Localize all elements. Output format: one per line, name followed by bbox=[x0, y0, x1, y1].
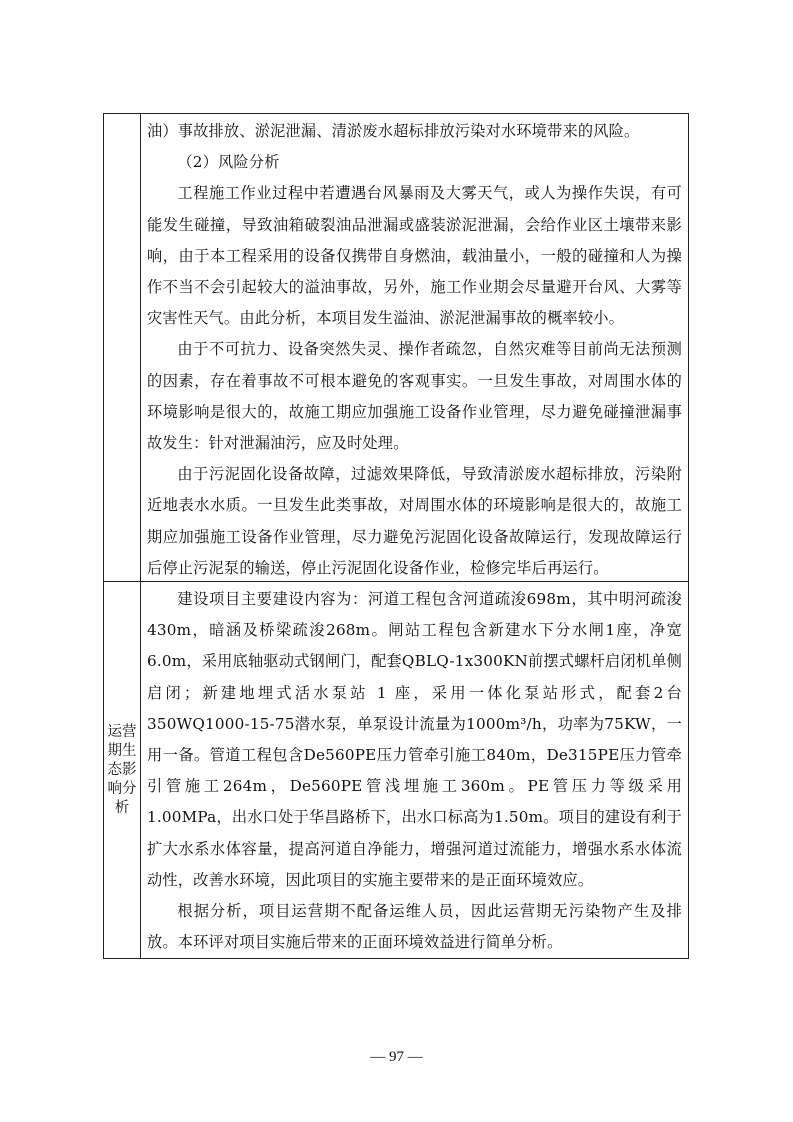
paragraph: 根据分析，项目运营期不配备运维人员，因此运营期无污染物产生及排放。本环评对项目实… bbox=[147, 896, 682, 958]
paragraph: 油）事故排放、淤泥泄漏、清淤废水超标排放污染对水环境带来的风险。 bbox=[147, 116, 682, 147]
row-label bbox=[104, 114, 141, 581]
paragraph: 由于不可抗力、设备突然失灵、操作者疏忽，自然灾难等目前尚无法预测的因素，存在着事… bbox=[147, 334, 682, 459]
row-content: 建设项目主要建设内容为：河道工程包含河道疏浚698m，其中明河疏浚430m，暗涵… bbox=[141, 582, 688, 958]
document-table: 油）事故排放、淤泥泄漏、清淤废水超标排放污染对水环境带来的风险。 （2）风险分析… bbox=[103, 113, 689, 959]
paragraph: 建设项目主要建设内容为：河道工程包含河道疏浚698m，其中明河疏浚430m，暗涵… bbox=[147, 584, 682, 896]
table-row-construction-risk: 油）事故排放、淤泥泄漏、清淤废水超标排放污染对水环境带来的风险。 （2）风险分析… bbox=[104, 114, 688, 581]
paragraph: 由于污泥固化设备故障，过滤效果降低，导致清淤废水超标排放，污染附近地表水水质。一… bbox=[147, 459, 682, 584]
row-label: 运营期生态影响分析 bbox=[104, 582, 141, 958]
section-heading: （2）风险分析 bbox=[147, 147, 682, 178]
table-row-operation-impact: 运营期生态影响分析 建设项目主要建设内容为：河道工程包含河道疏浚698m，其中明… bbox=[104, 581, 688, 958]
page-number: — 97 — bbox=[0, 1049, 793, 1066]
row-content: 油）事故排放、淤泥泄漏、清淤废水超标排放污染对水环境带来的风险。 （2）风险分析… bbox=[141, 114, 688, 581]
paragraph: 工程施工作业过程中若遭遇台风暴雨及大雾天气，或人为操作失误，有可能发生碰撞，导致… bbox=[147, 178, 682, 334]
